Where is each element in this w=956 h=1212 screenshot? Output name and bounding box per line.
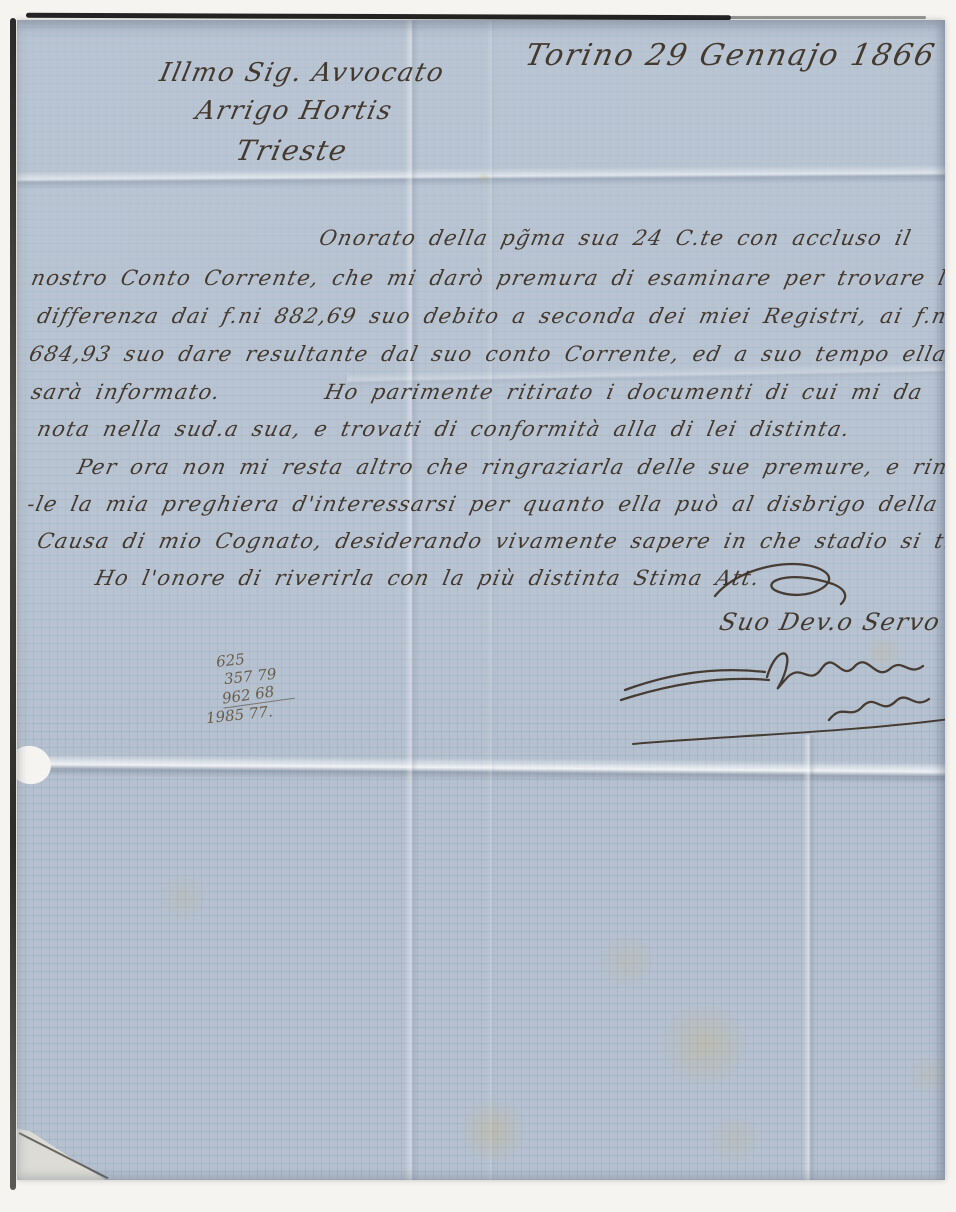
address-line-3: Trieste xyxy=(233,134,351,167)
body-line-6: nota nella sud.a sua, e trovati di confo… xyxy=(35,417,853,441)
fold-crease-vertical-right xyxy=(803,735,816,1180)
paper-stain xyxy=(477,172,491,184)
letter-paper: Torino 29 Gennajo 1866 Illmo Sig. Avvoca… xyxy=(17,20,945,1180)
salutation-flourish xyxy=(707,552,857,614)
scan-edge-left xyxy=(10,18,16,1190)
fold-crease-horizontal-top xyxy=(17,165,945,189)
paper-stain xyxy=(707,1115,763,1163)
paper-stain xyxy=(157,875,209,921)
body-line-3: differenza dai f.ni 882,69 suo debito a … xyxy=(35,304,945,328)
body-line-8: -le la mia preghiera d'interessarsi per … xyxy=(25,492,941,516)
scanned-letter: Torino 29 Gennajo 1866 Illmo Sig. Avvoca… xyxy=(0,0,956,1212)
paper-stain xyxy=(597,935,657,987)
paper-stain xyxy=(907,1055,945,1095)
fold-crease-vertical-center xyxy=(487,20,496,1180)
scan-edge-top-faint xyxy=(726,16,926,19)
body-line-7: Per ora non mi resta altro che ringrazia… xyxy=(75,455,945,479)
address-line-2: Arrigo Hortis xyxy=(193,96,396,126)
body-line-9: Causa di mio Cognato, desiderando vivame… xyxy=(35,529,945,553)
address-line-1: Illmo Sig. Avvocato xyxy=(157,58,447,88)
dateline: Torino 29 Gennajo 1866 xyxy=(522,38,939,73)
body-line-2: nostro Conto Corrente, che mi darò premu… xyxy=(29,266,945,290)
fold-crease-vertical-left xyxy=(405,20,418,1180)
body-line-1: Onorato della pg̃ma sua 24 C.te con accl… xyxy=(317,226,914,250)
paper-stain xyxy=(457,1100,529,1162)
paper-tear-notch xyxy=(17,742,54,788)
closing-line: Suo Dev.o Servo xyxy=(717,608,943,636)
fold-crease-horizontal-bottom xyxy=(17,754,945,784)
signature-flourish xyxy=(617,642,945,752)
body-line-10: Ho l'onore di riverirla con la più disti… xyxy=(93,566,762,590)
body-line-4: 684,93 suo dare resultante dal suo conto… xyxy=(27,342,945,366)
body-line-5: sarà informato. Ho parimente ritirato i … xyxy=(29,380,925,404)
paper-stain xyxy=(657,1005,752,1085)
pencil-calculation: 625 357 79 962 68 1985 77. xyxy=(193,645,296,728)
